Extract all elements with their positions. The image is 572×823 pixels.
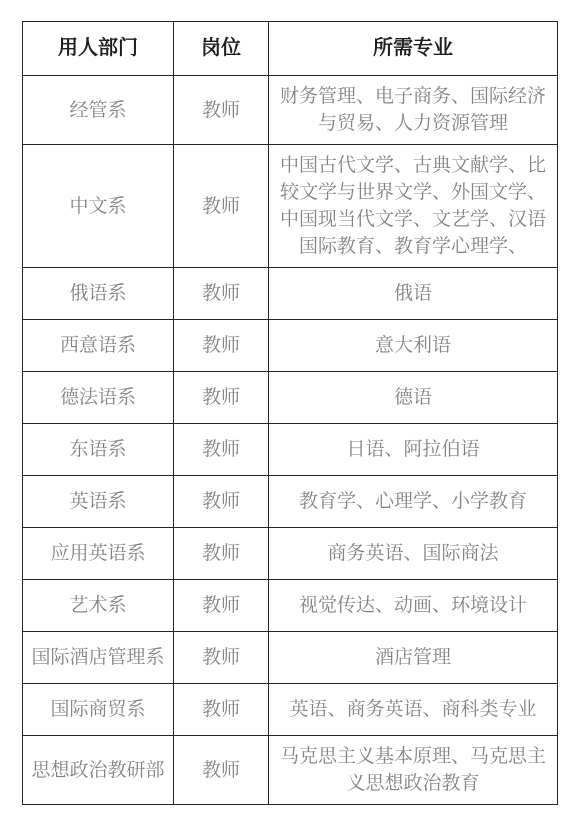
table-row: 国际酒店管理系 教师 酒店管理 bbox=[23, 632, 558, 684]
department-cell: 东语系 bbox=[23, 424, 174, 476]
department-cell: 应用英语系 bbox=[23, 528, 174, 580]
department-cell: 德法语系 bbox=[23, 372, 174, 424]
header-row: 用人部门 岗位 所需专业 bbox=[23, 22, 558, 76]
page: 用人部门 岗位 所需专业 经管系 教师 财务管理、电子商务、国际经济与贸易、人力… bbox=[0, 0, 572, 823]
department-cell: 中文系 bbox=[23, 145, 174, 268]
majors-cell: 俄语 bbox=[269, 268, 558, 320]
table-row: 中文系 教师 中国古代文学、古典文献学、比较文学与世界文学、外国文学、中国现当代… bbox=[23, 145, 558, 268]
majors-cell: 教育学、心理学、小学教育 bbox=[269, 476, 558, 528]
table-row: 东语系 教师 日语、阿拉伯语 bbox=[23, 424, 558, 476]
position-cell: 教师 bbox=[174, 684, 269, 736]
table-row: 思想政治教研部 教师 马克思主义基本原理、马克思主义思想政治教育 bbox=[23, 736, 558, 805]
position-cell: 教师 bbox=[174, 424, 269, 476]
table-row: 西意语系 教师 意大利语 bbox=[23, 320, 558, 372]
majors-cell: 中国古代文学、古典文献学、比较文学与世界文学、外国文学、中国现当代文学、文艺学、… bbox=[269, 145, 558, 268]
majors-cell: 商务英语、国际商法 bbox=[269, 528, 558, 580]
column-header-department: 用人部门 bbox=[23, 22, 174, 76]
majors-cell: 马克思主义基本原理、马克思主义思想政治教育 bbox=[269, 736, 558, 805]
position-cell: 教师 bbox=[174, 320, 269, 372]
column-header-position: 岗位 bbox=[174, 22, 269, 76]
recruitment-table: 用人部门 岗位 所需专业 经管系 教师 财务管理、电子商务、国际经济与贸易、人力… bbox=[22, 21, 558, 805]
position-cell: 教师 bbox=[174, 632, 269, 684]
majors-cell: 德语 bbox=[269, 372, 558, 424]
department-cell: 国际酒店管理系 bbox=[23, 632, 174, 684]
department-cell: 国际商贸系 bbox=[23, 684, 174, 736]
table-row: 国际商贸系 教师 英语、商务英语、商科类专业 bbox=[23, 684, 558, 736]
position-cell: 教师 bbox=[174, 476, 269, 528]
department-cell: 经管系 bbox=[23, 76, 174, 145]
position-cell: 教师 bbox=[174, 145, 269, 268]
department-cell: 西意语系 bbox=[23, 320, 174, 372]
table-row: 经管系 教师 财务管理、电子商务、国际经济与贸易、人力资源管理 bbox=[23, 76, 558, 145]
position-cell: 教师 bbox=[174, 76, 269, 145]
majors-cell: 视觉传达、动画、环境设计 bbox=[269, 580, 558, 632]
table-row: 艺术系 教师 视觉传达、动画、环境设计 bbox=[23, 580, 558, 632]
position-cell: 教师 bbox=[174, 528, 269, 580]
position-cell: 教师 bbox=[174, 580, 269, 632]
table-row: 英语系 教师 教育学、心理学、小学教育 bbox=[23, 476, 558, 528]
department-cell: 俄语系 bbox=[23, 268, 174, 320]
table-row: 应用英语系 教师 商务英语、国际商法 bbox=[23, 528, 558, 580]
table-row: 德法语系 教师 德语 bbox=[23, 372, 558, 424]
majors-cell: 英语、商务英语、商科类专业 bbox=[269, 684, 558, 736]
department-cell: 思想政治教研部 bbox=[23, 736, 174, 805]
majors-cell: 日语、阿拉伯语 bbox=[269, 424, 558, 476]
department-cell: 英语系 bbox=[23, 476, 174, 528]
majors-cell: 财务管理、电子商务、国际经济与贸易、人力资源管理 bbox=[269, 76, 558, 145]
department-cell: 艺术系 bbox=[23, 580, 174, 632]
table-row: 俄语系 教师 俄语 bbox=[23, 268, 558, 320]
position-cell: 教师 bbox=[174, 736, 269, 805]
majors-cell: 酒店管理 bbox=[269, 632, 558, 684]
position-cell: 教师 bbox=[174, 372, 269, 424]
position-cell: 教师 bbox=[174, 268, 269, 320]
column-header-majors: 所需专业 bbox=[269, 22, 558, 76]
majors-cell: 意大利语 bbox=[269, 320, 558, 372]
